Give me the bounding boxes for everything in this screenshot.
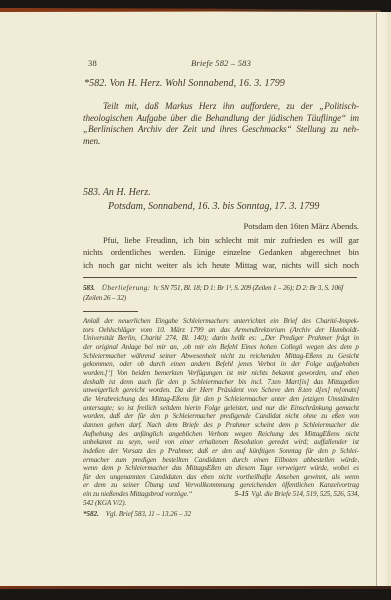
footnote-line: AnlaßderneuerlichenEingabeSchleiermacher…	[83, 317, 359, 326]
footnote-line-reference: 5–15Vgl. die Briefe 514, 519, 525, 526, …	[235, 490, 359, 499]
page-edge-strip	[377, 12, 391, 588]
footnote-line: wenndempSchleiermacherdasMittagsEßenandi…	[83, 464, 359, 473]
summary-line: Teiltmit,daßMarkusHerzihnauffordere,zude…	[83, 101, 359, 113]
letter-583-heading: 583. An H. Herz. Potsdam, Sonnabend, 16.…	[83, 186, 359, 213]
page-header: 38 Briefe 582 – 583	[83, 58, 359, 68]
summary-line: theologischenAufgabeüberdieBehandlungder…	[83, 113, 359, 125]
footnote-line: deroriginalAnlagebeimiran,‚obmireinBefeh…	[83, 343, 359, 352]
letter-582-summary: Teiltmit,daßMarkusHerzihnauffordere,zude…	[83, 101, 359, 148]
apparatus-label: Überlieferung:	[102, 284, 151, 292]
scanned-book-page: 38 Briefe 582 – 583 *582. Von H. Herz. W…	[0, 0, 391, 600]
letter-583-body: Pfui,liebeFreudinn,ichbinschlechtmitmirz…	[83, 234, 359, 271]
footnote-line: untersagte;soistfreilichseitdemhierinFol…	[83, 404, 359, 413]
summary-line: „BerlinischenArchivderZeitundihresGeschm…	[83, 124, 359, 136]
apparatus-rule	[83, 277, 357, 278]
footnote-line: indeßenderVorsatzdespPrahmer,daßerdenauf…	[83, 447, 359, 456]
footnote-quote-end: ein zu nießendes Mittagsbrod vorzöge.“	[83, 490, 192, 499]
footnote-ref-range: 5–15	[235, 490, 249, 498]
footnote-line: worden,daßderfürdenpSchleiermacherpredig…	[83, 412, 359, 421]
note-582: *582.Vgl. Brief 583, 11 – 13.26 – 32	[83, 510, 359, 518]
summary-line: men.	[83, 136, 359, 148]
running-title: Briefe 582 – 583	[83, 58, 359, 68]
footnote-line: unweigerlichgereichtworden.DaderHerrPräs…	[83, 386, 359, 395]
footnote-line: ermacherzumpredigenbestelltenCandidatend…	[83, 456, 359, 465]
body-line: ichnochgarnichtweiteralsichheuteMittagwa…	[83, 259, 359, 271]
scan-bottom-black-bar	[0, 589, 391, 600]
body-line: nichtsordentlicheswerden.EinigeeinzelneG…	[83, 246, 359, 258]
footnote-line: torsOehlschlägervom10.März1799andasArmen…	[83, 326, 359, 335]
footnote-line: unbekanntzuseyn,weilvoneinererhaltenenRe…	[83, 438, 359, 447]
footnote-line: fürdenungenanntenCandidatendasebennichtv…	[83, 473, 359, 482]
footnote-closing-line: ein zu nießendes Mittagsbrod vorzöge.“5–…	[83, 490, 359, 499]
footnote-line: deshalbistdennauchfürdenpSchleiermacherb…	[83, 378, 359, 387]
letter-582-heading: *582. Von H. Herz. Wohl Sonnabend, 16. 3…	[83, 78, 360, 89]
letter-583-heading-line: 583. An H. Herz.	[83, 186, 359, 200]
footnote-block: AnlaßderneuerlichenEingabeSchleiermacher…	[83, 317, 359, 507]
footnote-ref-continuation: 542 (KGA V/2).	[83, 499, 359, 508]
apparatus-text: h: SN 751, Bl. 18; D 1: Br 1¹, S. 209 (Z…	[154, 284, 344, 292]
footnote-separator	[83, 311, 138, 312]
footnote-line: gekommen,oderobdurcheinenandernBefehljen…	[83, 360, 359, 369]
apparatus-text-line2: (Zeilen 26 – 32)	[83, 293, 359, 303]
footnote-ref-text: Vgl. die Briefe 514, 519, 525, 526, 534,	[251, 490, 359, 498]
note-582-number: *582.	[83, 510, 99, 518]
scan-top-black-bar	[0, 0, 391, 14]
apparatus-number: 583.	[83, 284, 95, 292]
letter-583-dateline: Potsdam den 16ten März Abends.	[83, 221, 359, 231]
apparatus-entry: 583.Überlieferung:h: SN 751, Bl. 18; D 1…	[83, 283, 359, 303]
footnote-line: SchleiermacherwährendseinerAbwesenheitni…	[83, 352, 359, 361]
note-582-text: Vgl. Brief 583, 11 – 13.26 – 32	[106, 510, 191, 518]
footnote-line: AufhebungdesanfänglichangeblichenVerbots…	[83, 430, 359, 439]
footnote-line: worden.[‘]VonbeidenbemerktenVerfügungeni…	[83, 369, 359, 378]
letter-583-heading-date: Potsdam, Sonnabend, 16. 3. bis Sonntag, …	[83, 200, 359, 214]
footnote-line: UniversitätBerlin,Charité274,Bl.140);dar…	[83, 334, 359, 343]
footnote-line: dannengehendarf.NachdemBriefedespPrahmer…	[83, 421, 359, 430]
page-number: 38	[88, 58, 97, 68]
footnote-line: erdemzuseinerÜbungundVervollkommnunggere…	[83, 481, 359, 490]
body-line: Pfui,liebeFreudinn,ichbinschlechtmitmirz…	[83, 234, 359, 246]
footnote-line: dieVerabreichungdesMittag-EßensfürdenpSc…	[83, 395, 359, 404]
page-crease-line	[376, 13, 377, 587]
